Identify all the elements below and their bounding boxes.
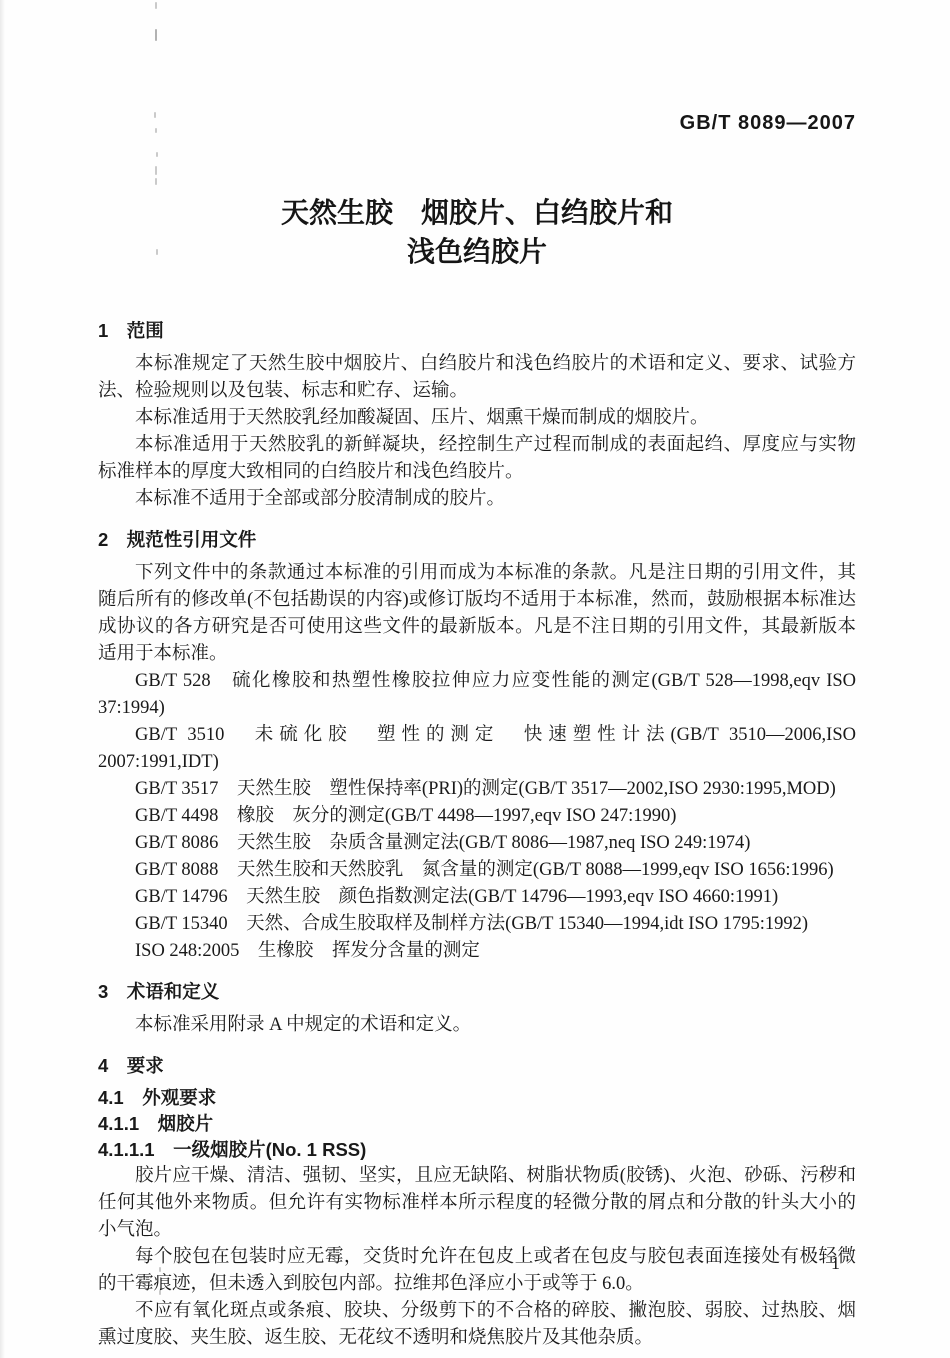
- section-1-scope-heading: 1 范围: [98, 317, 856, 344]
- standard-code: GB/T 8089—2007: [680, 112, 856, 135]
- scan-artifact: [155, 178, 157, 185]
- document-title: 天然生胶 烟胶片、白绉胶片和 浅色绉胶片: [98, 193, 856, 271]
- scan-artifact: [155, 29, 157, 41]
- document-page: GB/T 8089—2007 天然生胶 烟胶片、白绉胶片和 浅色绉胶片 1 范围…: [0, 0, 950, 1358]
- reference-item: GB/T 528 硫化橡胶和热塑性橡胶拉伸应力应变性能的测定(GB/T 528—…: [98, 668, 856, 722]
- reference-item: GB/T 15340 天然、合成生胶取样及制样方法(GB/T 15340—199…: [98, 911, 856, 938]
- document-body: 1 范围 本标准规定了天然生胶中烟胶片、白绉胶片和浅色绉胶片的术语和定义、要求、…: [98, 317, 856, 1352]
- requirements-paragraph-3: 不应有氧化斑点或条痕、胶块、分级剪下的不合格的碎胶、撇泡胶、弱胶、过热胶、烟熏过…: [98, 1298, 856, 1352]
- reference-item: GB/T 3510 未硫化胶 塑性的测定 快速塑性计法(GB/T 3510—20…: [98, 722, 856, 776]
- document-title-line2: 浅色绉胶片: [407, 236, 547, 267]
- page-number: 1: [831, 1253, 840, 1274]
- section-2-normative-references-heading: 2 规范性引用文件: [98, 526, 856, 553]
- section-3-terms-heading: 3 术语和定义: [98, 978, 856, 1005]
- reference-item: GB/T 4498 橡胶 灰分的测定(GB/T 4498—1997,eqv IS…: [98, 803, 856, 830]
- reference-item: GB/T 14796 天然生胶 颜色指数测定法(GB/T 14796—1993,…: [98, 884, 856, 911]
- normative-references-intro: 下列文件中的条款通过本标准的引用而成为本标准的条款。凡是注日期的引用文件，其随后…: [98, 560, 856, 668]
- section-4-1-1-smoked-sheet-heading: 4.1.1 烟胶片: [98, 1112, 856, 1136]
- scope-paragraph-3: 本标准适用于天然胶乳的新鲜凝块，经控制生产过程而制成的表面起绉、厚度应与实物标准…: [98, 432, 856, 486]
- terms-paragraph: 本标准采用附录 A 中规定的术语和定义。: [98, 1012, 856, 1039]
- scan-artifact: [155, 166, 157, 175]
- reference-item: GB/T 3517 天然生胶 塑性保持率(PRI)的测定(GB/T 3517—2…: [98, 776, 856, 803]
- scope-paragraph-1: 本标准规定了天然生胶中烟胶片、白绉胶片和浅色绉胶片的术语和定义、要求、试验方法、…: [98, 351, 856, 405]
- scope-paragraph-2: 本标准适用于天然胶乳经加酸凝固、压片、烟熏干燥而制成的烟胶片。: [98, 405, 856, 432]
- section-4-1-1-1-no1-rss-heading: 4.1.1.1 一级烟胶片(No. 1 RSS): [98, 1138, 856, 1162]
- document-title-line1: 天然生胶 烟胶片、白绉胶片和: [281, 197, 673, 228]
- requirements-paragraph-1: 胶片应干燥、清洁、强韧、坚实，且应无缺陷、树脂状物质(胶锈)、火泡、砂砾、污秽和…: [98, 1163, 856, 1244]
- reference-item: GB/T 8086 天然生胶 杂质含量测定法(GB/T 8086—1987,ne…: [98, 830, 856, 857]
- scan-artifact: [156, 152, 158, 157]
- requirements-paragraph-2: 每个胶包在包装时应无霉，交货时允许在包皮上或者在包皮与胶包表面连接处有极轻微的干…: [98, 1244, 856, 1298]
- scan-artifact: [155, 2, 157, 9]
- scope-paragraph-4: 本标准不适用于全部或部分胶清制成的胶片。: [98, 486, 856, 513]
- reference-item: GB/T 8088 天然生胶和天然胶乳 氮含量的测定(GB/T 8088—199…: [98, 857, 856, 884]
- scan-artifact: [155, 128, 157, 133]
- scan-edge-shadow: [0, 0, 5, 1358]
- section-4-1-appearance-heading: 4.1 外观要求: [98, 1086, 856, 1110]
- section-4-requirements-heading: 4 要求: [98, 1052, 856, 1079]
- scan-artifact: [154, 112, 156, 118]
- reference-item: ISO 248:2005 生橡胶 挥发分含量的测定: [98, 938, 856, 965]
